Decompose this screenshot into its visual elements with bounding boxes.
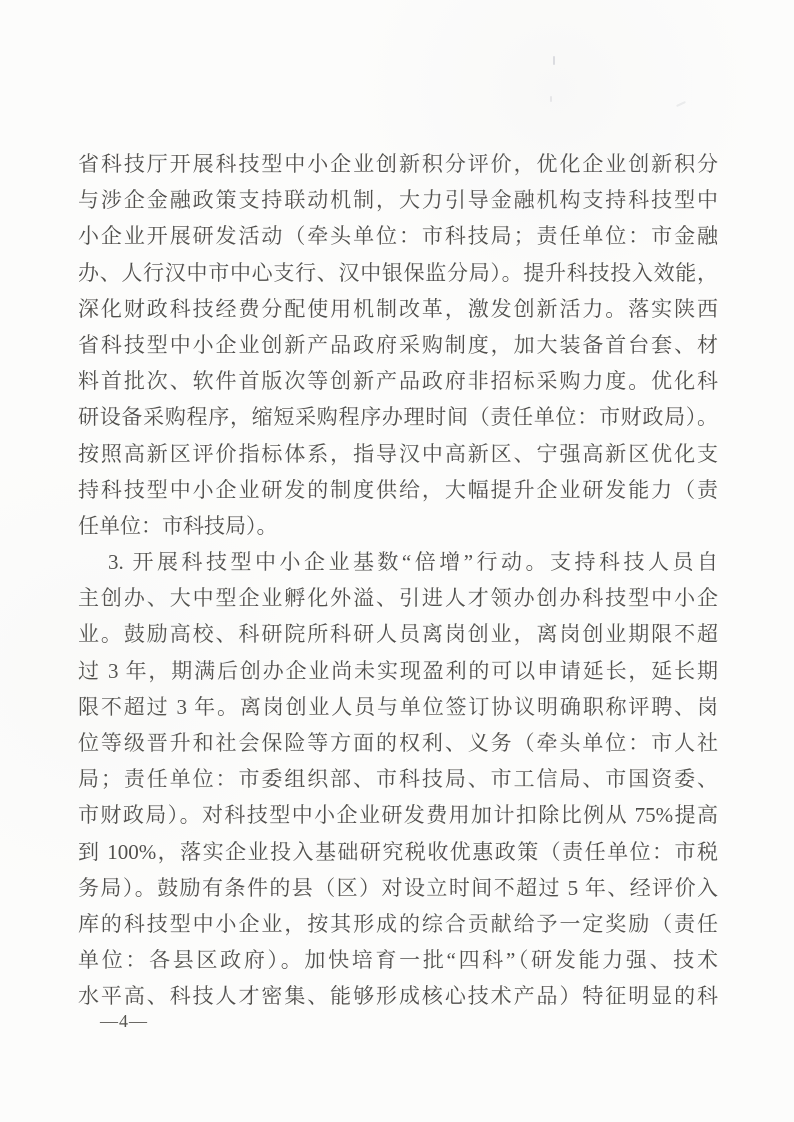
scan-speck bbox=[676, 101, 686, 107]
text-line: 研设备采购程序，缩短采购程序办理时间（责任单位：市财政局）。 bbox=[78, 399, 718, 435]
text-line: 单位：各县区政府）。加快培育一批“四科”（研发能力强、技术 bbox=[78, 942, 718, 978]
text-block: 省科技厅开展科技型中小企业创新积分评价，优化企业创新积分与涉企金融政策支持联动机… bbox=[78, 146, 718, 1015]
text-line: 局；责任单位：市委组织部、市科技局、市工信局、市国资委、 bbox=[78, 761, 718, 797]
text-line: 过 3 年，期满后创办企业尚未实现盈利的可以申请延长，延长期 bbox=[78, 653, 718, 689]
document-page: 省科技厅开展科技型中小企业创新积分评价，优化企业创新积分与涉企金融政策支持联动机… bbox=[0, 0, 794, 1122]
text-line: 务局）。鼓励有条件的县（区）对设立时间不超过 5 年、经评价入 bbox=[78, 870, 718, 906]
page-number: —4— bbox=[100, 1008, 148, 1034]
text-line: 位等级晋升和社会保险等方面的权利、义务（牵头单位：市人社 bbox=[78, 725, 718, 761]
text-line: 办、人行汉中市中心支行、汉中银保监分局）。提升科技投入效能， bbox=[78, 255, 718, 291]
text-line: 深化财政科技经费分配使用机制改革，激发创新活力。落实陕西 bbox=[78, 291, 718, 327]
text-line: 省科技型中小企业创新产品政府采购制度，加大装备首台套、材 bbox=[78, 327, 718, 363]
text-line: 与涉企金融政策支持联动机制，大力引导金融机构支持科技型中 bbox=[78, 182, 718, 218]
text-line: 小企业开展研发活动（牵头单位：市科技局；责任单位：市金融 bbox=[78, 218, 718, 254]
text-line: 市财政局）。对科技型中小企业研发费用加计扣除比例从 75%提高 bbox=[78, 797, 718, 833]
text-line: 限不超过 3 年。离岗创业人员与单位签订协议明确职称评聘、岗 bbox=[78, 689, 718, 725]
text-line: 库的科技型中小企业，按其形成的综合贡献给予一定奖励（责任 bbox=[78, 906, 718, 942]
text-line: 按照高新区评价指标体系，指导汉中高新区、宁强高新区优化支 bbox=[78, 436, 718, 472]
text-line: 任单位：市科技局）。 bbox=[78, 508, 718, 544]
text-line: 持科技型中小企业研发的制度供给，大幅提升企业研发能力（责 bbox=[78, 472, 718, 508]
text-line: 主创办、大中型企业孵化外溢、引进人才领办创办科技型中小企 bbox=[78, 580, 718, 616]
text-line: 料首批次、软件首版次等创新产品政府非招标采购力度。优化科 bbox=[78, 363, 718, 399]
scan-speck bbox=[550, 96, 552, 102]
text-line: 业。鼓励高校、科研院所科研人员离岗创业，离岗创业期限不超 bbox=[78, 616, 718, 652]
scan-speck bbox=[553, 56, 555, 65]
text-line: 到 100%，落实企业投入基础研究税收优惠政策（责任单位：市税 bbox=[78, 834, 718, 870]
text-line: 3. 开展科技型中小企业基数“倍增”行动。支持科技人员自 bbox=[78, 544, 718, 580]
text-line: 水平高、科技人才密集、能够形成核心技术产品）特征明显的科 bbox=[78, 978, 718, 1014]
text-line: 省科技厅开展科技型中小企业创新积分评价，优化企业创新积分 bbox=[78, 146, 718, 182]
